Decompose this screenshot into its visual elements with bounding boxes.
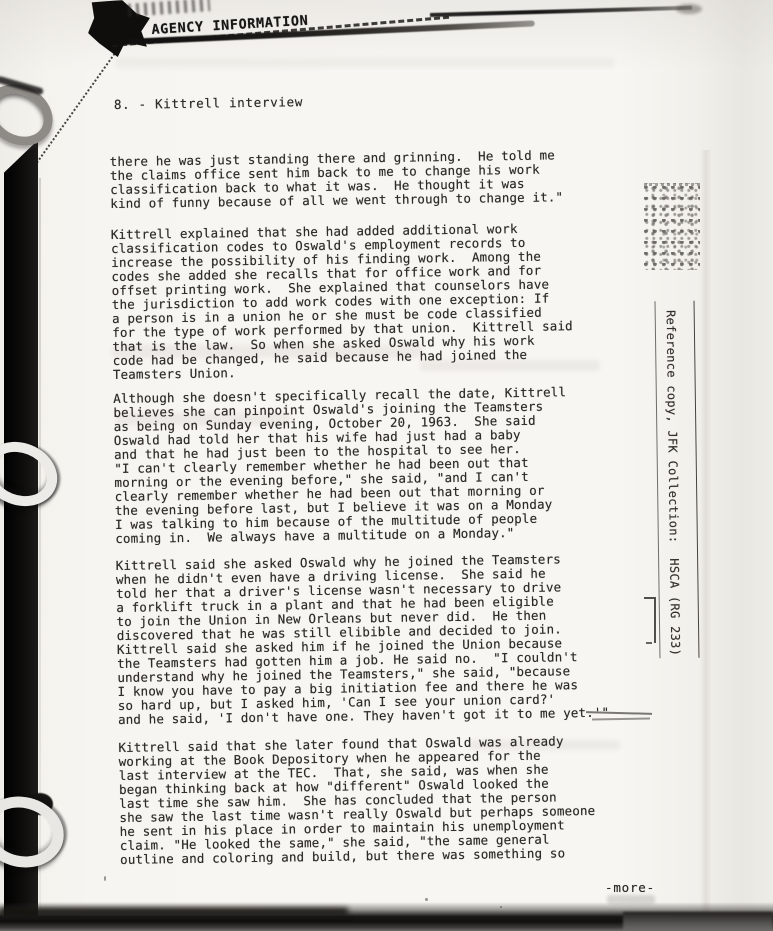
ink-smudge <box>644 183 700 270</box>
paragraph: Kittrell said that she later found that … <box>118 734 596 867</box>
hand-underline-marks <box>586 712 652 720</box>
scanned-document-page: AGENCY INFORMATION 8. - Kittrell intervi… <box>0 0 773 931</box>
reference-stamp-text: Reference copy, JFK Collection: HSCA (RG… <box>664 310 683 656</box>
paragraph: Kittrell said she asked Oswald why he jo… <box>116 552 610 727</box>
page-title: 8. - Kittrell interview <box>114 94 303 112</box>
paragraph: Kittrell explained that she had added ad… <box>111 221 574 382</box>
reference-stamp-box: Reference copy, JFK Collection: HSCA (RG… <box>655 301 700 659</box>
dust-speck <box>425 898 428 901</box>
margin-bracket-mark <box>644 597 656 643</box>
underline-stroke <box>586 711 652 715</box>
page-fold-shadow <box>700 150 712 920</box>
dust-speck <box>104 876 106 881</box>
bottom-scan-shadow-band <box>0 902 773 931</box>
document-body: 8. - Kittrell interview there he was jus… <box>107 0 716 931</box>
paragraph: Although she doesn't specifically recall… <box>113 385 568 546</box>
more-continuation-marker: -more- <box>605 880 655 895</box>
binder-ring-bottom <box>0 788 71 876</box>
paragraph: there he was just standing there and gri… <box>110 148 564 211</box>
